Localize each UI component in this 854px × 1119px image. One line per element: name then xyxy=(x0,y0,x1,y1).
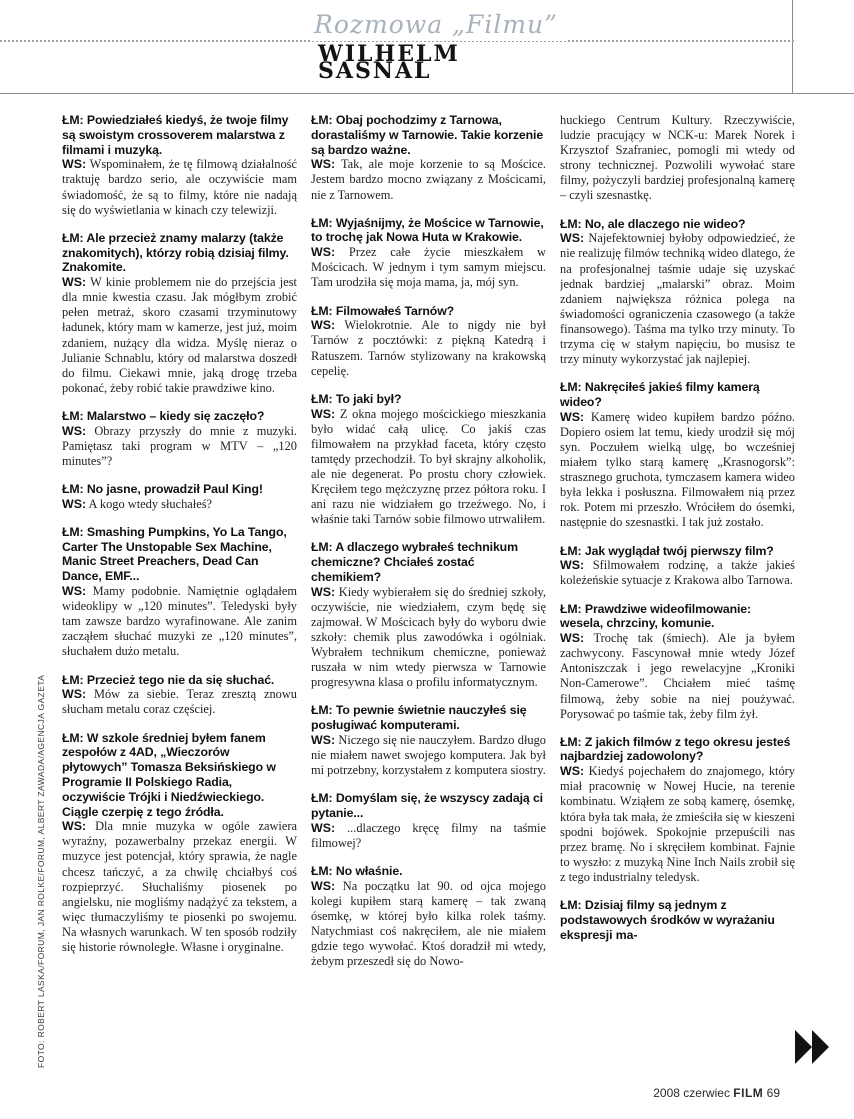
question-paragraph: ŁM: To jaki był? xyxy=(311,392,546,407)
question-paragraph: ŁM: Wyjaśnijmy, że Mościce w Tarnowie, t… xyxy=(311,216,546,246)
answer-paragraph: WS: W kinie problemem nie do przejścia j… xyxy=(62,275,297,396)
answer-paragraph: WS: Z okna mojego mościckiego mieszkania… xyxy=(311,407,546,528)
answer-prefix: WS: xyxy=(560,410,584,424)
answer-paragraph: WS: Na początku lat 90. od ojca mojego k… xyxy=(311,879,546,970)
section-kicker: Rozmowa „Filmu” xyxy=(310,10,566,41)
interview-column-2: ŁM: Obaj pochodzimy z Tarnowa, dorastali… xyxy=(311,113,546,1075)
answer-paragraph: WS: Tak, ale moje korzenie to są Mościce… xyxy=(311,157,546,202)
answer-prefix: WS: xyxy=(311,157,335,171)
answer-prefix: WS: xyxy=(62,157,86,171)
answer-prefix: WS: xyxy=(560,231,584,245)
answer-prefix: WS: xyxy=(311,879,335,893)
answer-prefix: WS: xyxy=(311,407,335,421)
answer-paragraph: WS: Wielokrotnie. Ale to nigdy nie był T… xyxy=(311,318,546,378)
answer-paragraph: WS: Najefektowniej byłoby odpowiedzieć, … xyxy=(560,231,795,367)
answer-prefix: WS: xyxy=(62,424,86,438)
interview-columns: ŁM: Powiedziałeś kiedyś, że twoje filmy … xyxy=(62,113,795,1075)
question-paragraph: ŁM: A dlaczego wybrałeś technikum chemic… xyxy=(311,540,546,584)
question-paragraph: ŁM: No, ale dlaczego nie wideo? xyxy=(560,217,795,232)
answer-paragraph: WS: Kiedyś pojechałem do znajomego, któr… xyxy=(560,764,795,885)
answer-prefix: WS: xyxy=(311,585,335,599)
answer-prefix: WS: xyxy=(62,584,86,598)
question-paragraph: ŁM: Z jakich filmów z tego okresu jesteś… xyxy=(560,735,795,765)
answer-paragraph: WS: ...dlaczego kręcę filmy na taśmie fi… xyxy=(311,821,546,851)
page-number: 69 xyxy=(767,1086,780,1100)
question-paragraph: ŁM: Malarstwo – kiedy się zaczęło? xyxy=(62,409,297,424)
answer-prefix: WS: xyxy=(560,558,584,572)
header-horizontal-rule xyxy=(0,93,854,94)
answer-paragraph: WS: Trochę tak (śmiech). Ale ja byłem za… xyxy=(560,631,795,722)
interview-column-3: huckiego Centrum Kultury. Rzeczywiście, … xyxy=(560,113,795,1075)
answer-continuation-paragraph: huckiego Centrum Kultury. Rzeczywiście, … xyxy=(560,113,795,204)
question-paragraph: ŁM: Nakręciłeś jakieś filmy kamerą wideo… xyxy=(560,380,795,410)
answer-prefix: WS: xyxy=(560,631,584,645)
question-paragraph: ŁM: Ale przecież znamy malarzy (także zn… xyxy=(62,231,297,275)
answer-paragraph: WS: Dla mnie muzyka w ogóle zawiera wyra… xyxy=(62,819,297,955)
answer-prefix: WS: xyxy=(311,245,335,259)
answer-prefix: WS: xyxy=(62,275,86,289)
answer-paragraph: WS: Mów za siebie. Teraz zresztą znowu s… xyxy=(62,687,297,717)
answer-paragraph: WS: Sfilmowałem rodzinę, a także jakieś … xyxy=(560,558,795,588)
answer-paragraph: WS: Wspominałem, że tę filmową działalno… xyxy=(62,157,297,217)
issue-date: 2008 czerwiec xyxy=(653,1086,730,1100)
question-paragraph: ŁM: Smashing Pumpkins, Yo La Tango, Cart… xyxy=(62,525,297,584)
question-paragraph: ŁM: Obaj pochodzimy z Tarnowa, dorastali… xyxy=(311,113,546,157)
question-paragraph: ŁM: Jak wyglądał twój pierwszy film? xyxy=(560,544,795,559)
question-paragraph: ŁM: Powiedziałeś kiedyś, że twoje filmy … xyxy=(62,113,297,157)
question-paragraph: ŁM: Prawdziwe wideofilmowanie: wesela, c… xyxy=(560,602,795,632)
answer-paragraph: WS: Przez całe życie mieszkałem w Mościc… xyxy=(311,245,546,290)
answer-paragraph: WS: Obrazy przyszły do mnie z muzyki. Pa… xyxy=(62,424,297,469)
question-paragraph: ŁM: W szkole średniej byłem fanem zespoł… xyxy=(62,731,297,820)
header-vertical-rule xyxy=(792,0,793,93)
magazine-page: Rozmowa „Filmu” WILHELM SASNAL ŁM: Powie… xyxy=(0,0,854,1119)
answer-prefix: WS: xyxy=(62,497,86,511)
answer-prefix: WS: xyxy=(311,318,335,332)
answer-prefix: WS: xyxy=(311,733,335,747)
question-paragraph: ŁM: No jasne, prowadził Paul King! xyxy=(62,482,297,497)
answer-paragraph: WS: Niczego się nie nauczyłem. Bardzo dł… xyxy=(311,733,546,778)
question-paragraph: ŁM: No właśnie. xyxy=(311,864,546,879)
answer-paragraph: WS: Kamerę wideo kupiłem bardzo późno. D… xyxy=(560,410,795,531)
answer-prefix: WS: xyxy=(311,821,335,835)
question-paragraph: ŁM: Domyślam się, że wszyscy zadają ci p… xyxy=(311,791,546,821)
interview-column-1: ŁM: Powiedziałeś kiedyś, że twoje filmy … xyxy=(62,113,297,1075)
question-paragraph: ŁM: Filmowałeś Tarnów? xyxy=(311,304,546,319)
answer-paragraph: WS: Kiedy wybierałem się do średniej szk… xyxy=(311,585,546,691)
photo-credit: FOTO: ROBERT LASKA/FORUM, JAN ROLKE/FORU… xyxy=(36,676,46,1068)
answer-prefix: WS: xyxy=(62,687,86,701)
answer-paragraph: WS: Mamy podobnie. Namiętnie oglądałem w… xyxy=(62,584,297,659)
question-paragraph: ŁM: Przecież tego nie da się słuchać. xyxy=(62,673,297,688)
next-page-arrows-icon xyxy=(795,1030,831,1064)
answer-prefix: WS: xyxy=(560,764,584,778)
answer-paragraph: WS: A kogo wtedy słuchałeś? xyxy=(62,497,297,512)
article-title: WILHELM SASNAL xyxy=(318,46,460,80)
page-folio: 2008 czerwiec FILM 69 xyxy=(653,1086,780,1100)
magazine-name: FILM xyxy=(733,1086,763,1100)
answer-prefix: WS: xyxy=(62,819,86,833)
question-paragraph: ŁM: To pewnie świetnie nauczyłeś się pos… xyxy=(311,703,546,733)
question-paragraph: ŁM: Dzisiaj filmy są jednym z podstawowy… xyxy=(560,898,795,942)
